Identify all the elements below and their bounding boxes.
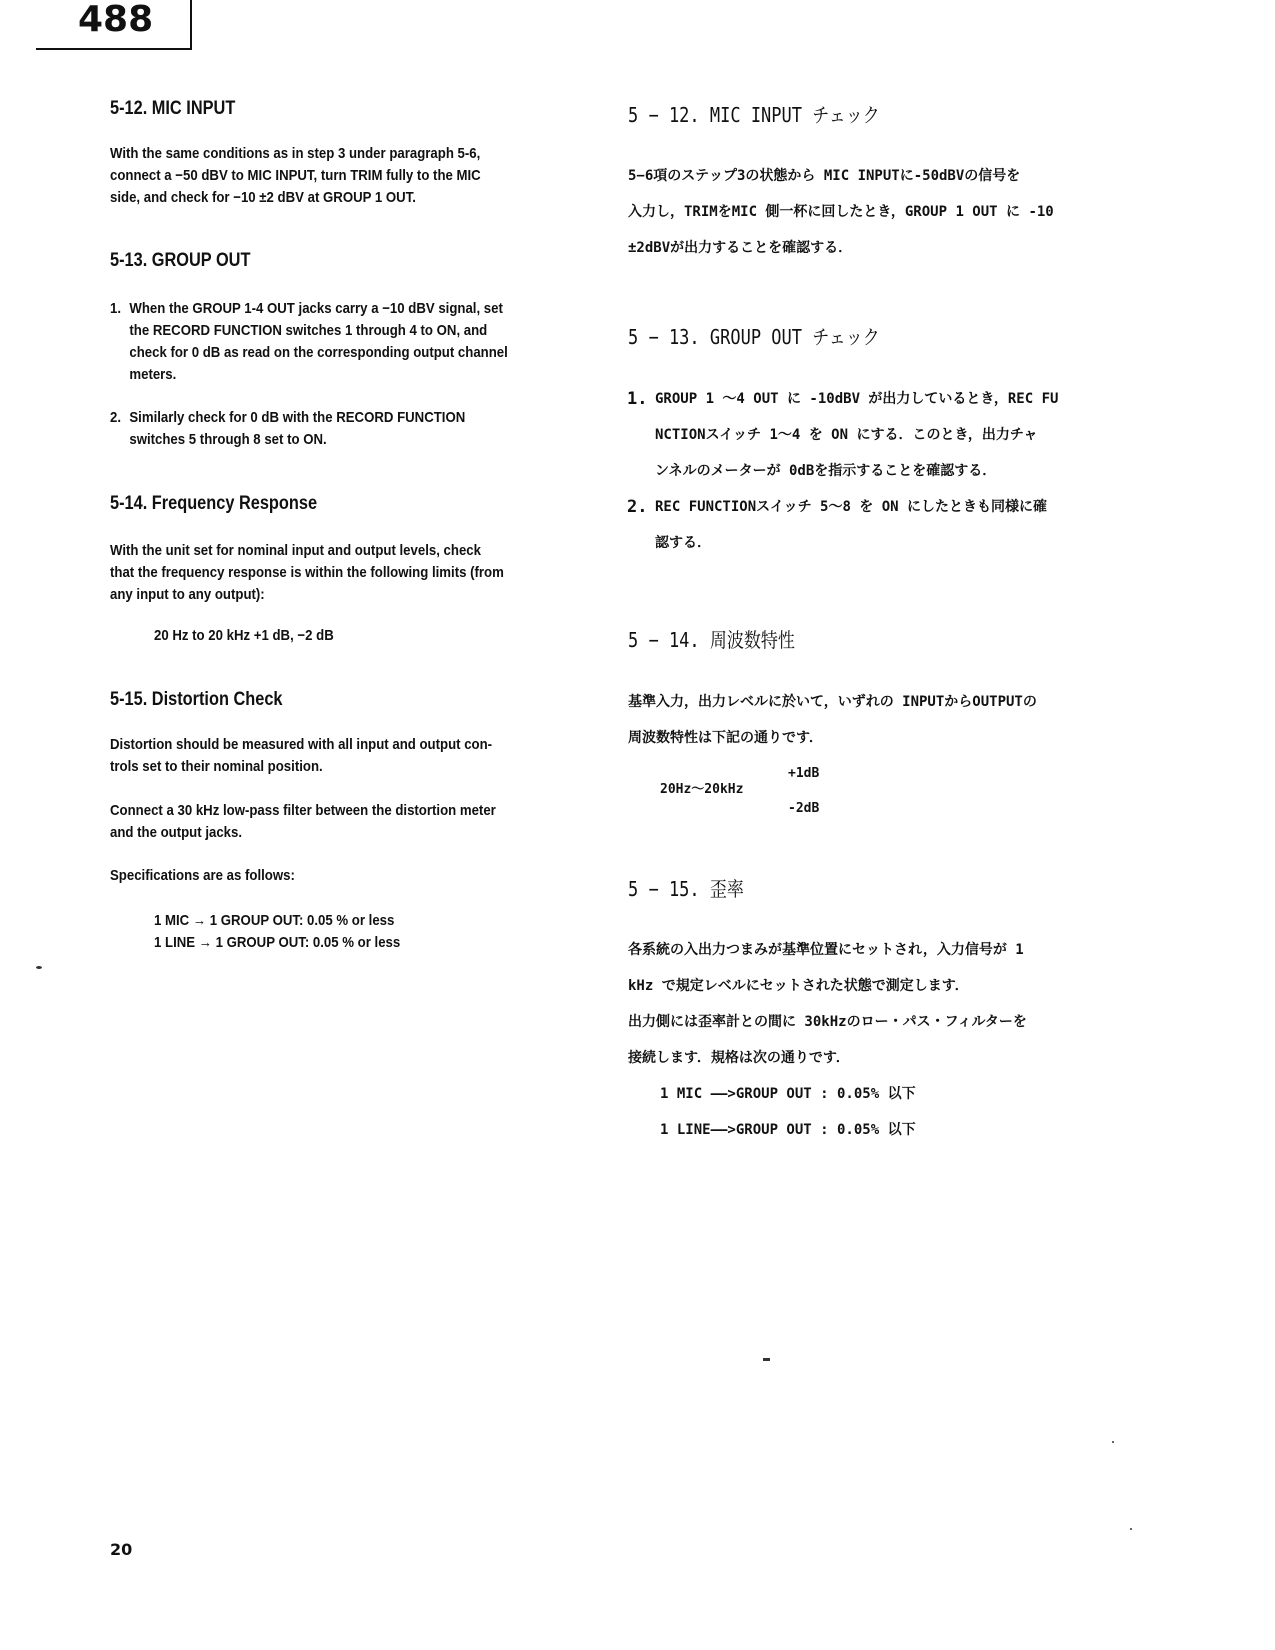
list-number: 2. bbox=[627, 489, 647, 525]
distortion-spec-line: 1 LINE → 1 GROUP OUT: 0.05 % or less bbox=[154, 932, 400, 954]
jp-section-heading-5-12: 5 − 12. MIC INPUT チェック bbox=[628, 99, 880, 128]
model-number: 488 bbox=[78, 0, 153, 40]
frequency-spec: 20 Hz to 20 kHz +1 dB, −2 dB bbox=[154, 625, 334, 647]
text-line: switches 5 through 8 set to ON. bbox=[129, 429, 589, 451]
scan-mark bbox=[1130, 1528, 1132, 1530]
list-number: 2. bbox=[110, 407, 121, 429]
text-line: connect a −50 dBV to MIC INPUT, turn TRI… bbox=[110, 165, 585, 187]
distortion-paragraph-1: Distortion should be measured with all i… bbox=[110, 734, 585, 778]
jp-section-heading-5-15: 5 − 15. 歪率 bbox=[628, 873, 744, 902]
page-number: 20 bbox=[110, 1540, 132, 1559]
text-line: NCTIONスイッチ 1〜4 を ON にする．このとき，出力チャ bbox=[655, 417, 1155, 453]
list-item: 1. When the GROUP 1-4 OUT jacks carry a … bbox=[110, 298, 590, 386]
scan-mark bbox=[1112, 1441, 1114, 1443]
jp-section-heading-5-14: 5 − 14. 周波数特性 bbox=[628, 624, 795, 653]
frequency-response-paragraph: With the unit set for nominal input and … bbox=[110, 540, 585, 606]
distortion-paragraph-2: Connect a 30 kHz low-pass filter between… bbox=[110, 800, 585, 844]
jp-section-heading-5-13: 5 − 13. GROUP OUT チェック bbox=[628, 321, 880, 350]
text-line: REC FUNCTIONスイッチ 5〜8 を ON にしたときも同様に確 bbox=[655, 489, 1155, 525]
list-number: 1. bbox=[627, 381, 647, 417]
section-heading-5-14: 5-14. Frequency Response bbox=[110, 493, 317, 515]
list-number: 1. bbox=[110, 298, 121, 320]
text-line: check for 0 dB as read on the correspond… bbox=[129, 342, 589, 364]
scan-mark bbox=[763, 1358, 770, 1361]
text-line: Similarly check for 0 dB with the RECORD… bbox=[129, 407, 589, 429]
text-line: that the frequency response is within th… bbox=[110, 562, 585, 584]
section-heading-5-15: 5-15. Distortion Check bbox=[110, 689, 283, 711]
text-line: 基準入力，出力レベルに於いて，いずれの INPUTからOUTPUTの bbox=[628, 684, 1128, 720]
text-line: side, and check for −10 ±2 dBV at GROUP … bbox=[110, 187, 585, 209]
jp-list-item: 2. REC FUNCTIONスイッチ 5〜8 を ON にしたときも同様に確 … bbox=[655, 489, 1155, 561]
text-line: ±2dBVが出力することを確認する． bbox=[628, 230, 1128, 266]
jp-frequency-upper: +1dB bbox=[788, 766, 819, 781]
distortion-paragraph-3: Specifications are as follows: bbox=[110, 865, 585, 887]
distortion-spec-mic: 1 MIC → 1 GROUP OUT: 0.05 % or less bbox=[154, 910, 394, 932]
section-heading-5-12: 5-12. MIC INPUT bbox=[110, 98, 235, 120]
text-line: Connect a 30 kHz low-pass filter between… bbox=[110, 800, 585, 822]
text-line: 認する． bbox=[655, 525, 1155, 561]
text-line: 入力し，TRIMをMIC 側一杯に回したとき，GROUP 1 OUT に -10 bbox=[628, 194, 1128, 230]
jp-distortion-paragraph: 各系統の入出力つまみが基準位置にセットされ，入力信号が 1 kHz で規定レベル… bbox=[628, 932, 1128, 1076]
text-line: meters. bbox=[129, 364, 589, 386]
text-line: 周波数特性は下記の通りです． bbox=[628, 720, 1128, 756]
model-number-tab: 488 bbox=[36, 0, 192, 50]
mic-input-paragraph: With the same conditions as in step 3 un… bbox=[110, 143, 585, 209]
jp-frequency-range: 20Hz〜20kHz bbox=[660, 778, 743, 797]
text-line: 5−6項のステップ3の状態から MIC INPUTに-50dBVの信号を bbox=[628, 158, 1128, 194]
text-line: 接続します．規格は次の通りです． bbox=[628, 1040, 1128, 1076]
list-item: 2. Similarly check for 0 dB with the REC… bbox=[110, 407, 590, 451]
text-line: With the same conditions as in step 3 un… bbox=[110, 143, 585, 165]
jp-mic-input-paragraph: 5−6項のステップ3の状態から MIC INPUTに-50dBVの信号を 入力し… bbox=[628, 158, 1128, 266]
jp-distortion-spec-line: 1 LINE——>GROUP OUT : 0.05% 以下 bbox=[660, 1119, 916, 1139]
text-line: Distortion should be measured with all i… bbox=[110, 734, 585, 756]
section-heading-5-13: 5-13. GROUP OUT bbox=[110, 250, 250, 272]
text-line: GROUP 1 〜4 OUT に -10dBV が出力しているとき，REC FU bbox=[655, 381, 1155, 417]
text-line: 出力側には歪率計との間に 30kHzのロー・パス・フィルターを bbox=[628, 1004, 1128, 1040]
text-line: the RECORD FUNCTION switches 1 through 4… bbox=[129, 320, 589, 342]
text-line: kHz で規定レベルにセットされた状態で測定します． bbox=[628, 968, 1128, 1004]
text-line: any input to any output): bbox=[110, 584, 585, 606]
text-line: With the unit set for nominal input and … bbox=[110, 540, 585, 562]
jp-frequency-lower: -2dB bbox=[788, 801, 819, 816]
text-line: ンネルのメーターが 0dBを指示することを確認する． bbox=[655, 453, 1155, 489]
text-line: When the GROUP 1-4 OUT jacks carry a −10… bbox=[129, 298, 589, 320]
text-line: and the output jacks. bbox=[110, 822, 585, 844]
text-line: 各系統の入出力つまみが基準位置にセットされ，入力信号が 1 bbox=[628, 932, 1128, 968]
jp-list-item: 1. GROUP 1 〜4 OUT に -10dBV が出力しているとき，REC… bbox=[655, 381, 1155, 489]
jp-frequency-paragraph: 基準入力，出力レベルに於いて，いずれの INPUTからOUTPUTの 周波数特性… bbox=[628, 684, 1128, 756]
text-line: trols set to their nominal position. bbox=[110, 756, 585, 778]
jp-distortion-spec-mic: 1 MIC ——>GROUP OUT : 0.05% 以下 bbox=[660, 1083, 916, 1103]
scan-mark bbox=[36, 966, 42, 969]
